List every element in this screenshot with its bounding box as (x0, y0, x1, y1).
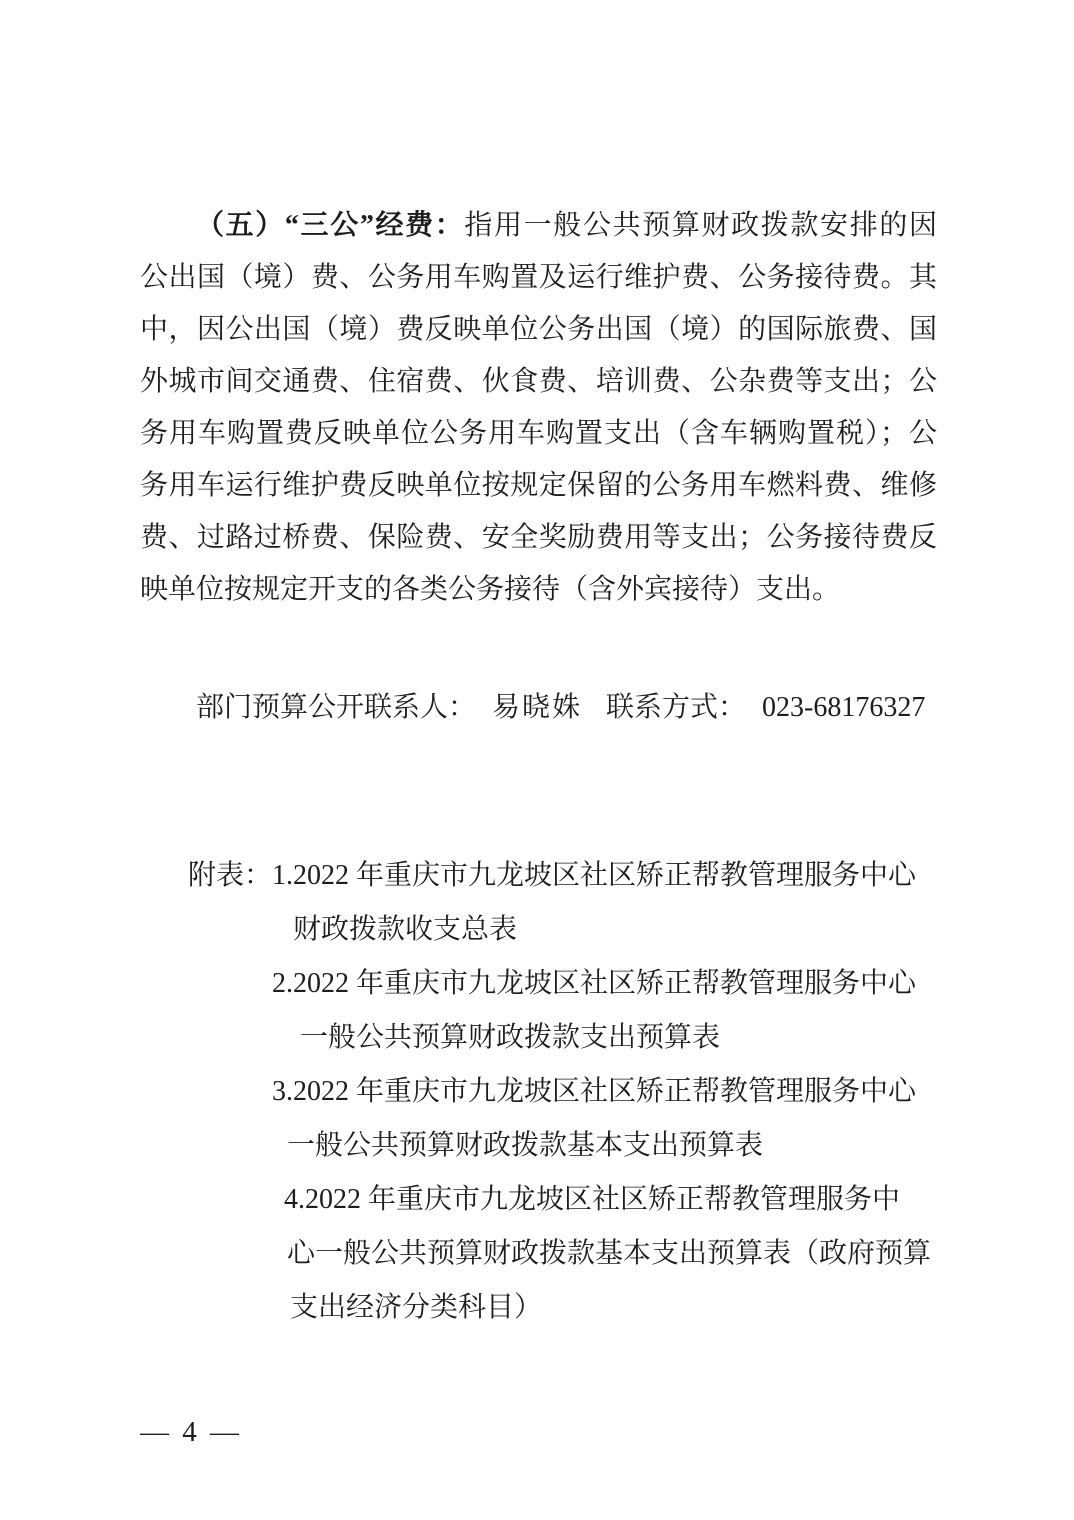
attachment-item-line: 2.2022 年重庆市九龙坡区社区矫正帮教管理服务中心 (272, 957, 958, 1011)
paragraph-line: 中，因公出国（境）费反映单位公务出国（境）的国际旅费、国 (140, 304, 937, 356)
attachment-item-line: 一般公共预算财政拨款基本支出预算表 (272, 1119, 958, 1173)
contact-label: 部门预算公开联系人： (196, 692, 476, 723)
attachment-item-line: 一般公共预算财政拨款支出预算表 (272, 1011, 958, 1065)
contact-line: 部门预算公开联系人：易晓姝联系方式：023-68176327 (140, 688, 940, 728)
contact-method-label: 联系方式： (606, 692, 746, 723)
attachment-item-line: 3.2022 年重庆市九龙坡区社区矫正帮教管理服务中心 (272, 1065, 958, 1119)
attachment-item-line: 1.2022 年重庆市九龙坡区社区矫正帮教管理服务中心 (272, 849, 958, 903)
paragraph-line: 费、过路过桥费、保险费、安全奖励费用等支出；公务接待费反 (140, 512, 937, 564)
paragraph-line: （五）“三公”经费：指用一般公共预算财政拨款安排的因 (140, 200, 937, 252)
paragraph-three-public-expenses: （五）“三公”经费：指用一般公共预算财政拨款安排的因 公出国（境）费、公务用车购… (140, 200, 937, 616)
paragraph-line: 映单位按规定开支的各类公务接待（含外宾接待）支出。 (140, 564, 937, 616)
attachment-item-line: 心一般公共预算财政拨款基本支出预算表（政府预算 (272, 1227, 958, 1281)
paragraph-lead-bold: （五）“三公”经费： (196, 210, 464, 241)
page-number: — 4 — (140, 1415, 242, 1449)
paragraph-line: 公出国（境）费、公务用车购置及运行维护费、公务接待费。其 (140, 252, 937, 304)
contact-name: 易晓姝 (492, 692, 582, 723)
paragraph-line: 务用车购置费反映单位公务用车购置支出（含车辆购置税）；公 (140, 408, 937, 460)
attachment-item-line: 财政拨款收支总表 (272, 903, 958, 957)
paragraph-line: 外城市间交通费、住宿费、伙食费、培训费、公杂费等支出；公 (140, 356, 937, 408)
paragraph-line: 务用车运行维护费反映单位按规定保留的公务用车燃料费、维修 (140, 460, 937, 512)
document-page: （五）“三公”经费：指用一般公共预算财政拨款安排的因 公出国（境）费、公务用车购… (0, 0, 1074, 1520)
attachment-item-line: 4.2022 年重庆市九龙坡区社区矫正帮教管理服务中 (272, 1173, 958, 1227)
contact-phone: 023-68176327 (762, 692, 925, 723)
attachment-items: 1.2022 年重庆市九龙坡区社区矫正帮教管理服务中心 财政拨款收支总表 2.2… (272, 849, 958, 1335)
attachment-list: 附表： 1.2022 年重庆市九龙坡区社区矫正帮教管理服务中心 财政拨款收支总表… (188, 849, 958, 1335)
attachment-label: 附表： (188, 849, 272, 903)
attachment-item-line: 支出经济分类科目） (272, 1281, 958, 1335)
paragraph-line1-rest: 指用一般公共预算财政拨款安排的因 (464, 210, 937, 241)
